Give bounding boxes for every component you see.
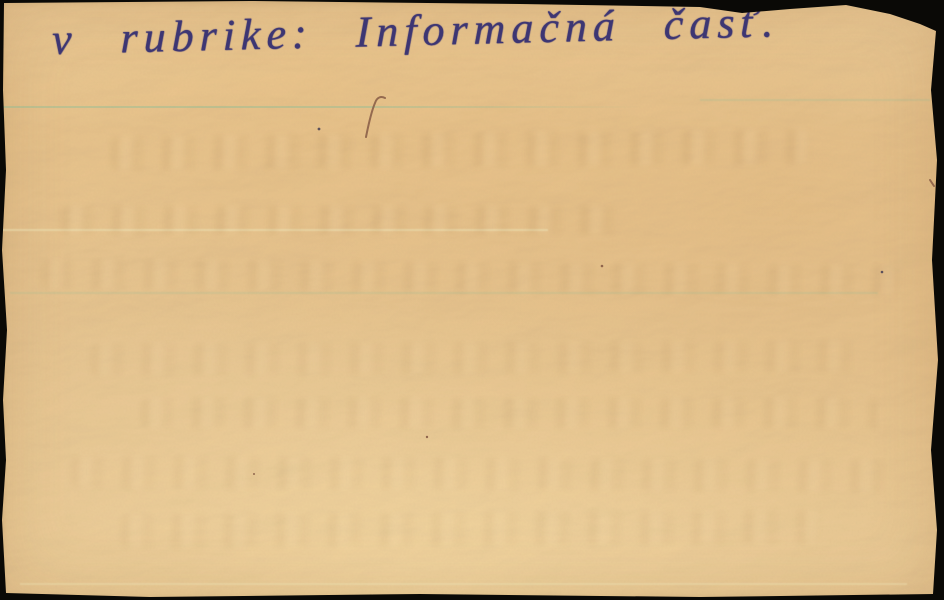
embossed-impressions	[90, 340, 870, 376]
embossed-impressions	[140, 398, 880, 428]
ruled-line-green	[0, 106, 660, 108]
index-card: v rubrike: Informačná časť.	[0, 0, 944, 600]
embossed-impressions	[60, 206, 620, 234]
ruled-line-bottom-faint	[20, 583, 907, 585]
ink-speck	[318, 128, 321, 131]
embossed-impressions	[70, 456, 890, 492]
embossed-impressions	[110, 129, 810, 170]
handwritten-note: v rubrike: Informačná časť.	[52, 0, 780, 65]
ruled-line-green-faded	[700, 99, 930, 101]
fiber-fleck	[930, 180, 934, 186]
stray-ink-stroke	[366, 97, 385, 137]
embossed-impressions	[120, 510, 820, 549]
scan-background: v rubrike: Informačná časť.	[0, 0, 944, 600]
embossed-impressions	[40, 259, 900, 295]
ink-speck	[426, 436, 428, 438]
